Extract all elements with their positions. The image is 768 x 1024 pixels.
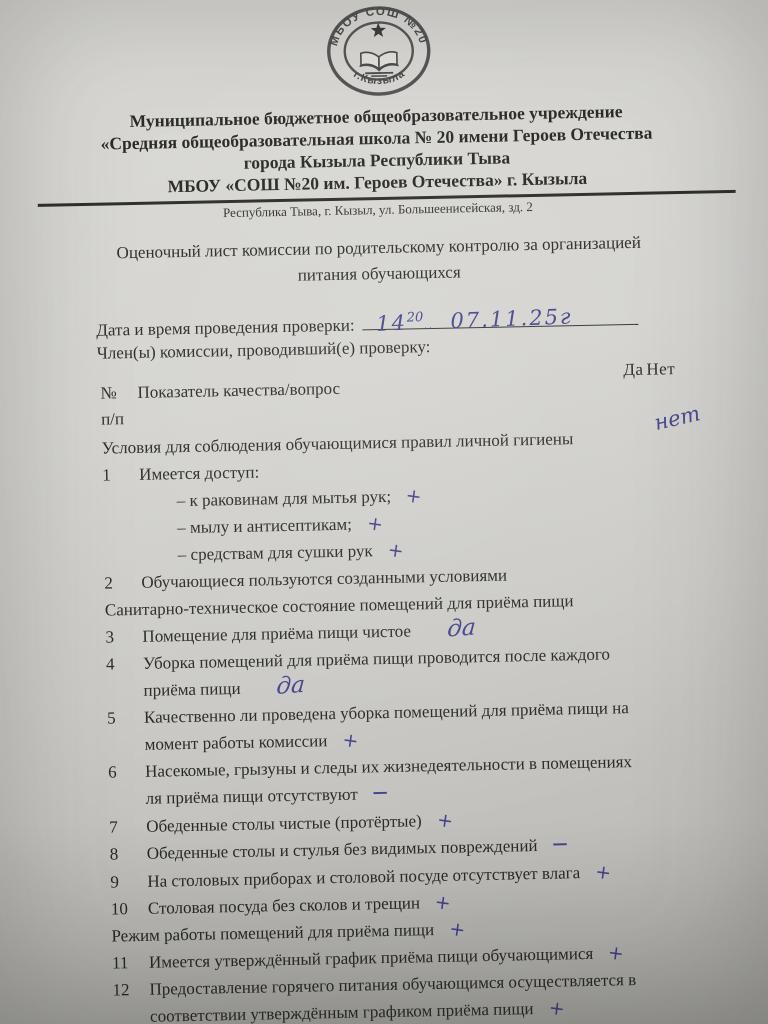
- document-photo: МБОУ СОШ №20 г.Кызыла Муниципальное бюдж…: [0, 0, 768, 1024]
- date-blank-line: 1420.. 07.11.25г: [362, 303, 638, 331]
- col-number-top: №: [100, 380, 138, 407]
- handwritten-minutes: 20: [407, 310, 424, 326]
- item-text: Уборка помещений для приёма пищи проводи…: [143, 644, 610, 672]
- item-text: Помещение для приёма пищи чистое: [142, 621, 411, 645]
- handwritten-mark: +: [404, 482, 423, 511]
- date-label: Дата и время проведения проверки:: [96, 316, 355, 341]
- item-number: 11: [112, 949, 150, 977]
- item-number: [103, 515, 141, 543]
- handwritten-hours: 14: [376, 311, 408, 336]
- yes-no-columns: ДаНет: [620, 356, 675, 383]
- item-number: 10: [111, 895, 149, 923]
- school-stamp-icon: МБОУ СОШ №20 г.Кызыла: [325, 5, 433, 97]
- school-logo: МБОУ СОШ №20 г.Кызыла: [325, 5, 433, 102]
- item-number: 9: [110, 868, 148, 896]
- org-header: Муниципальное бюджетное общеобразователь…: [0, 97, 762, 200]
- item-text: Обеденные столы и стулья без видимых пов…: [147, 836, 538, 863]
- handwritten-mark: —: [372, 779, 388, 806]
- item-number: 6: [108, 758, 146, 814]
- handwritten-mark: +: [593, 859, 612, 888]
- item-number: 3: [105, 623, 143, 651]
- item-text: Обеденные столы чистые (протёртые): [146, 811, 422, 836]
- item-text: Обучающиеся пользуются созданными услови…: [141, 566, 507, 592]
- handwritten-mark: +: [365, 510, 384, 539]
- item-text: Имеется доступ:: [139, 462, 259, 483]
- handwritten-dots: ..: [424, 318, 434, 332]
- item-text: – мылу и антисептикам;: [177, 515, 352, 538]
- col-no: Нет: [646, 359, 675, 379]
- doc-title: Оценочный лист комиссии по родительскому…: [0, 227, 763, 294]
- open-book-icon: [359, 52, 398, 77]
- handwritten-mark: да: [446, 616, 476, 641]
- item-number: 4: [106, 650, 144, 705]
- handwritten-mark: +: [433, 889, 452, 918]
- item-text: ля приёма пищи отсутствуют: [146, 785, 358, 808]
- item-text: – к раковинам для мытья рук;: [177, 487, 392, 510]
- handwritten-date: 1420.. 07.11.25г: [376, 304, 573, 335]
- handwritten-mark: да: [276, 674, 306, 699]
- item-number: 8: [110, 840, 148, 869]
- col-yes: Да: [623, 360, 644, 379]
- item-number: [102, 488, 140, 516]
- item-text: Качественно ли проведена уборка помещени…: [144, 698, 629, 727]
- handwritten-mark: +: [447, 916, 466, 945]
- item-text: приёма пищи: [143, 679, 240, 700]
- item-number: 2: [104, 569, 142, 597]
- checklist: Условия для соблюдения обучающимися прав…: [101, 422, 746, 1024]
- handwritten-mark: +: [547, 995, 566, 1024]
- item-text: момент работы комиссии: [144, 731, 327, 754]
- star-icon: [371, 22, 386, 37]
- handwritten-mark: +: [340, 727, 359, 756]
- item-text: Насекомые, грызуны и следы их жизнедеяте…: [145, 752, 632, 781]
- handwritten-mark: +: [386, 537, 405, 566]
- item-text: Столовая посуда без сколов и трещин: [148, 893, 420, 917]
- handwritten-mark: +: [606, 939, 625, 968]
- item-number: [104, 542, 142, 570]
- document-sheet: МБОУ СОШ №20 г.Кызыла Муниципальное бюдж…: [0, 0, 768, 1024]
- item-number: 5: [107, 704, 145, 759]
- item-number: 12: [112, 976, 150, 1024]
- item-text: Режим работы помещений для приёма пищи: [111, 920, 434, 945]
- handwritten-mark: +: [435, 807, 454, 836]
- item-text: – средствам для сушки рук: [178, 541, 373, 564]
- handwritten-mark: —: [552, 830, 568, 857]
- item-number: 1: [102, 461, 140, 489]
- item-number: 7: [109, 813, 147, 841]
- members-label: Член(ы) комиссии, проводивший(е) проверк…: [97, 337, 431, 363]
- handwritten-day: 07.11.25г: [450, 304, 573, 333]
- col-question: Показатель качества/вопрос: [137, 379, 340, 402]
- item-text: соответствии утверждённым графиком приём…: [150, 999, 534, 1024]
